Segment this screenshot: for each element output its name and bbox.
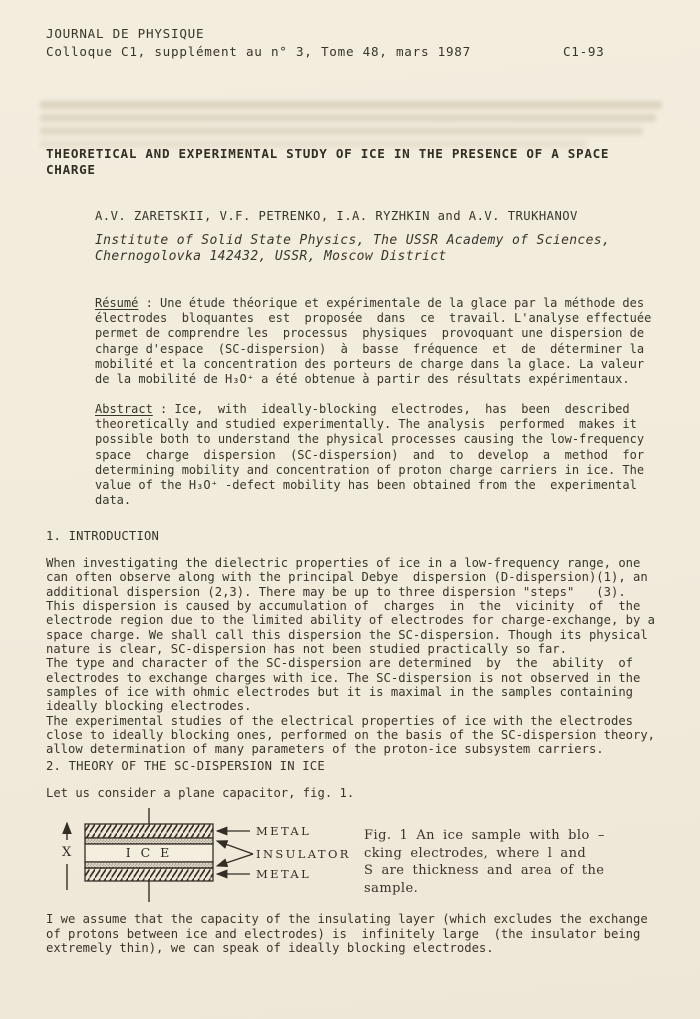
authors-line: A.V. ZARETSKII, V.F. PETRENKO, I.A. RYZH… [95, 209, 578, 223]
ice-label: I C E [126, 845, 173, 860]
insulator-label: INSULATOR [256, 847, 351, 861]
section-1-heading: 1. INTRODUCTION [46, 529, 159, 543]
x-axis-label: X [62, 845, 72, 860]
section-2-lead: Let us consider a plane capacitor, fig. … [46, 786, 354, 800]
metal-bottom-label: METAL [256, 867, 311, 881]
insulator-layer-top [85, 838, 213, 844]
metal-layer-top [85, 824, 213, 838]
figure-1-capacitor-diagram: X I C E METAL INSULATOR METAL [40, 806, 360, 910]
resume-body: : Une étude théorique et expérimentale d… [95, 296, 651, 386]
resume-paragraph: Résumé : Une étude théorique et expérime… [95, 296, 680, 387]
insulator-top-arrow [217, 841, 253, 854]
ghost-line [40, 101, 662, 109]
introduction-text: When investigating the dielectric proper… [46, 556, 655, 757]
metal-top-label: METAL [256, 824, 311, 838]
section-2-heading: 2. THEORY OF THE SC-DISPERSION IN ICE [46, 759, 325, 773]
issue-line: Colloque C1, supplément au n° 3, Tome 48… [46, 44, 471, 59]
ghost-line [40, 114, 656, 122]
paper-title: THEORETICAL AND EXPERIMENTAL STUDY OF IC… [46, 146, 609, 177]
ghost-line [40, 127, 643, 135]
metal-layer-bottom [85, 868, 213, 881]
scanned-paper-page: JOURNAL DE PHYSIQUE Colloque C1, supplém… [0, 0, 700, 1019]
insulator-bottom-arrow [217, 854, 253, 866]
page-reference: C1-93 [563, 44, 604, 59]
resume-label: Résumé [95, 296, 138, 310]
layer-pointer-arrows [217, 831, 253, 874]
closing-paragraph: I we assume that the capacity of the ins… [46, 912, 648, 956]
affiliation: Institute of Solid State Physics, The US… [95, 233, 610, 264]
figure-caption: Fig. 1 An ice sample with blo – cking el… [364, 827, 605, 897]
abstract-body: : Ice, with ideally-blocking electrodes,… [95, 402, 644, 507]
insulator-layer-bottom [85, 862, 213, 868]
abstract-paragraph: Abstract : Ice, with ideally-blocking el… [95, 402, 680, 508]
abstract-label: Abstract [95, 402, 153, 416]
journal-name: JOURNAL DE PHYSIQUE [46, 26, 204, 41]
